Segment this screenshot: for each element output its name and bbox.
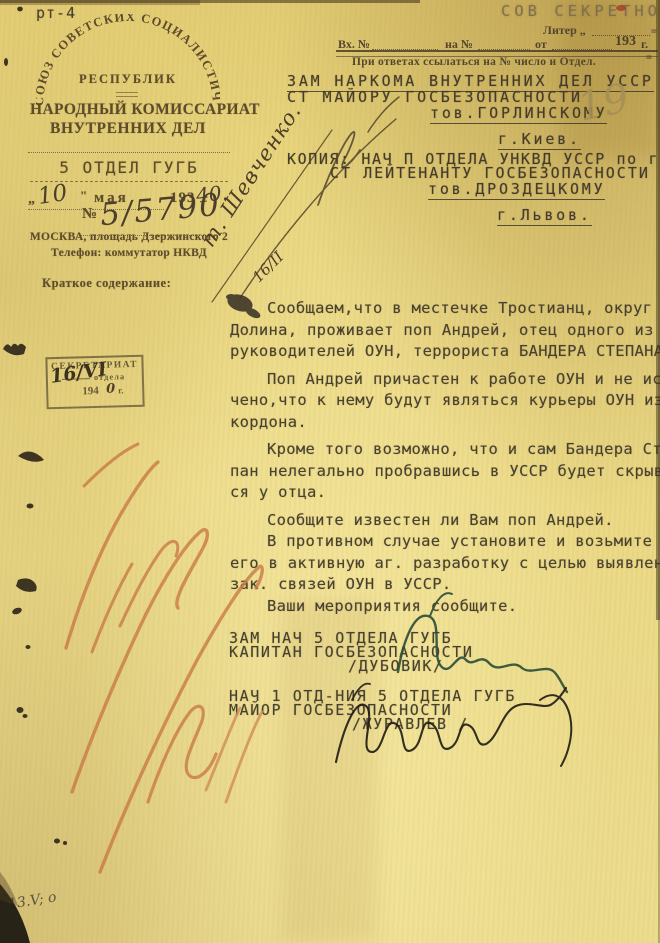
reply-note: При ответах ссылаться на № число и Отдел… (352, 56, 596, 68)
liter-label: Литер „ (543, 23, 586, 38)
secretariat-stamp-year-suffix: г. (118, 385, 124, 395)
body-line: зак. связей ОУН в УССР. (230, 574, 660, 596)
letterhead-republics: РЕСПУБЛИК (55, 72, 201, 87)
letterhead-org-line1: НАРОДНЫЙ КОМИССАРИАТ (30, 101, 226, 119)
body-line: Ваши мероприятия сообщите. (230, 596, 660, 618)
date-quote-open: „ (28, 192, 35, 208)
body-line: Сообщите известен ли Вам поп Андрей. (230, 510, 660, 532)
body-text: Сообщаем,что в местечке Тростианц, округ… (230, 298, 660, 617)
document-page: рт-4 СОЮЗ СОВЕТСКИХ СОЦИАЛИСТИЧЕСКИХ РЕС… (0, 0, 660, 943)
letterhead-address2: Телефон: коммутатор НКВД (22, 247, 236, 259)
body-line: Кроме того возможно, что и сам Бандера С… (230, 439, 660, 461)
resolution-date-handwriting: 16/II (249, 248, 287, 286)
recipient-copy-name: тов.ДРОЗДЕЦКОМУ (428, 180, 605, 200)
signature1-name: /ДУБОВИК/ (348, 657, 444, 675)
body-line: его в активную аг. разработку с целью вы… (230, 553, 660, 575)
recipient-copy-city: г.Львов. (497, 206, 592, 226)
body-line: В противном случае установите и возьмите (230, 531, 660, 553)
summary-label: Краткое содержание: (42, 276, 171, 291)
date-rule (28, 208, 84, 210)
body-line: чено,что к нему будут являться курьеры О… (230, 390, 660, 412)
body-line: ся у отца. (230, 482, 660, 504)
body-line: Поп Андрей причастен к работе ОУН и не и… (230, 369, 660, 391)
recipient-primary-city: г.Киев. (498, 130, 581, 150)
classification-stamp: СОВ СЕКРЕТНО (501, 2, 660, 20)
secretariat-stamp-year-digit: 0 (106, 381, 115, 396)
signature2-name: /ЖУРАВЛЕВ / (352, 715, 469, 733)
body-line: Сообщаем,что в местечке Тростианц, округ (230, 298, 660, 320)
form-year: 193 (615, 34, 636, 50)
form-rule-end-mark: = (646, 52, 652, 63)
body-line: кордона. (230, 412, 660, 434)
letterhead-arc: СОЮЗ СОВЕТСКИХ СОЦИАЛИСТИЧЕСКИХ (36, 14, 220, 112)
letterhead-rule (28, 151, 230, 153)
number-label: № (82, 206, 97, 223)
secretariat-stamp-year: 194 (82, 385, 99, 397)
date-quote-close: " (80, 188, 87, 204)
top-edge-shadow (0, 0, 200, 5)
letterhead-department: 5 ОТДЕЛ ГУГБ (28, 158, 230, 177)
page-number-pencil: 19 (574, 75, 633, 131)
top-edge-shadow (0, 0, 420, 3)
letterhead-divider (116, 92, 138, 97)
body-line: Долина, проживает поп Андрей, отец одног… (230, 320, 660, 342)
body-line: руководителей ОУН, террориста БАНДЕРА СТ… (230, 341, 660, 363)
letterhead-org-line2: ВНУТРЕННИХ ДЕЛ (30, 120, 226, 138)
date-day-handwritten: 10 (36, 180, 69, 210)
body-line: пан нелегально пробравшись в УССР будет … (230, 461, 660, 483)
liter-end-mark: = (651, 26, 657, 37)
bottom-left-mark: 13.V; о (7, 889, 57, 912)
